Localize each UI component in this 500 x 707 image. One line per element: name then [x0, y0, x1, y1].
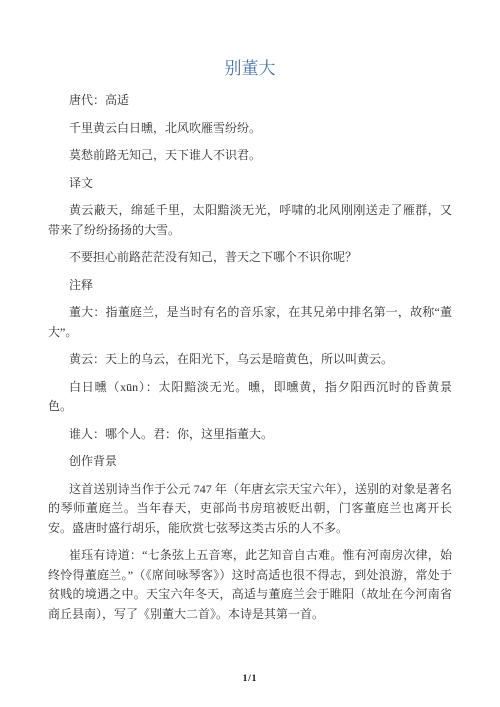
page-title: 别董大 — [48, 57, 452, 81]
note-huangyun: 黄云：天上的乌云，在阳光下，乌云是暗黄色，所以叫黄云。 — [48, 350, 452, 370]
note-shuiren: 谁人：哪个人。君：你，这里指董大。 — [48, 425, 452, 445]
note-bairixun: 白日曛（xūn）：太阳黯淡无光。曛，即曛黄，指夕阳西沉时的昏黄景色。 — [48, 378, 452, 417]
poem-line-2: 莫愁前路无知己，天下谁人不识君。 — [48, 146, 452, 166]
background-paragraph-1: 这首送别诗当作于公元 747 年（年唐玄宗天宝六年），送别的对象是著名的琴师董庭… — [48, 480, 452, 539]
section-heading-translation: 译文 — [48, 174, 452, 194]
note-dongda: 董大：指董庭兰，是当时有名的音乐家，在其兄弟中排名第一，故称“董大”。 — [48, 303, 452, 342]
document-page: 别董大 唐代：高适 千里黄云白日曛，北风吹雁雪纷纷。 莫愁前路无知己，天下谁人不… — [0, 0, 500, 624]
translation-paragraph-2: 不要担心前路茫茫没有知己，普天之下哪个不识你呢？ — [48, 248, 452, 268]
page-number: 1/1 — [0, 673, 500, 683]
author-line: 唐代：高适 — [48, 91, 452, 111]
section-heading-background: 创作背景 — [48, 452, 452, 472]
poem-line-1: 千里黄云白日曛，北风吹雁雪纷纷。 — [48, 119, 452, 139]
section-heading-notes: 注释 — [48, 276, 452, 296]
background-paragraph-2: 崔珏有诗道：“七条弦上五音寒，此艺知音自古难。惟有河南房次律，始终怜得董庭兰。”… — [48, 546, 452, 624]
translation-paragraph-1: 黄云蔽天，绵延千里，太阳黯淡无光，呼啸的北风刚刚送走了雁群，又带来了纷纷扬扬的大… — [48, 201, 452, 240]
